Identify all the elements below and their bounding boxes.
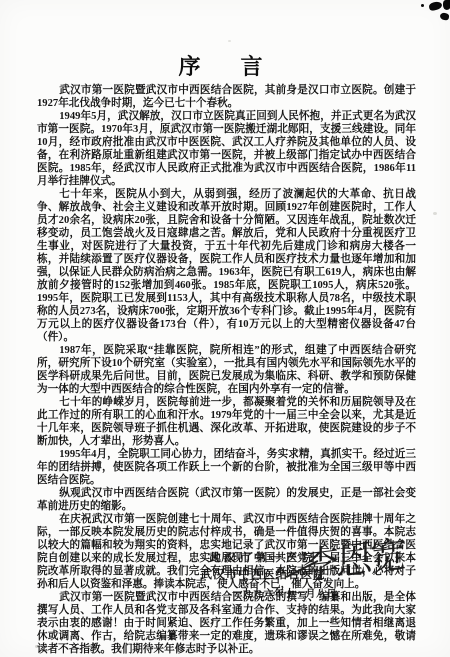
preface-paragraph: 七十年的峥嵘岁月，医院每前进一步，都凝聚着党的关怀和历届院领导及在此工作过的所有… — [37, 396, 416, 448]
preface-paragraph: 七十年来，医院从小到大，从弱到强，经历了波澜起伏的大革命、抗日战争、解放战争、社… — [37, 188, 416, 344]
ink-blot — [443, 0, 450, 10]
scan-speck — [228, 40, 231, 42]
preface-paragraph: 纵观武汉市中西医结合医院（武汉市第一医院）的发展史，正是一部社会变革前进历史的缩… — [37, 487, 416, 513]
preface-paragraph: 1987年，医院采取“挂靠医院，院所相连”的形式，组建了中西医结合研究所，研究所… — [37, 344, 416, 396]
page-title: 序 言 — [0, 50, 450, 81]
scan-speck — [433, 212, 437, 215]
preface-paragraph: 武汉市第一医院暨武汉市中西医结合医院，其前身是汉口市立医院。创建于1927年北伐… — [37, 84, 416, 110]
ink-blot — [428, 1, 443, 12]
ink-speck — [421, 4, 424, 7]
scanned-preface-page: 序 言 武汉市第一医院暨武汉市中西医结合医院，其前身是汉口市立医院。创建于192… — [0, 0, 450, 657]
preface-paragraph: 1949年5月，武汉解放，汉口市立医院真正回到人民怀抱，并正式更名为武汉市第一医… — [37, 110, 416, 188]
preface-paragraph: 武汉市第一医院暨武汉市中西医结合医院院志的撰写、编纂和出版，是全体撰写人员、工作… — [37, 591, 416, 656]
preface-paragraph: 1995年4月，全院职工同心协力，团结奋斗，务实求精，真抓实干。经过近三年的团结… — [37, 448, 416, 487]
ink-blot — [439, 12, 449, 20]
